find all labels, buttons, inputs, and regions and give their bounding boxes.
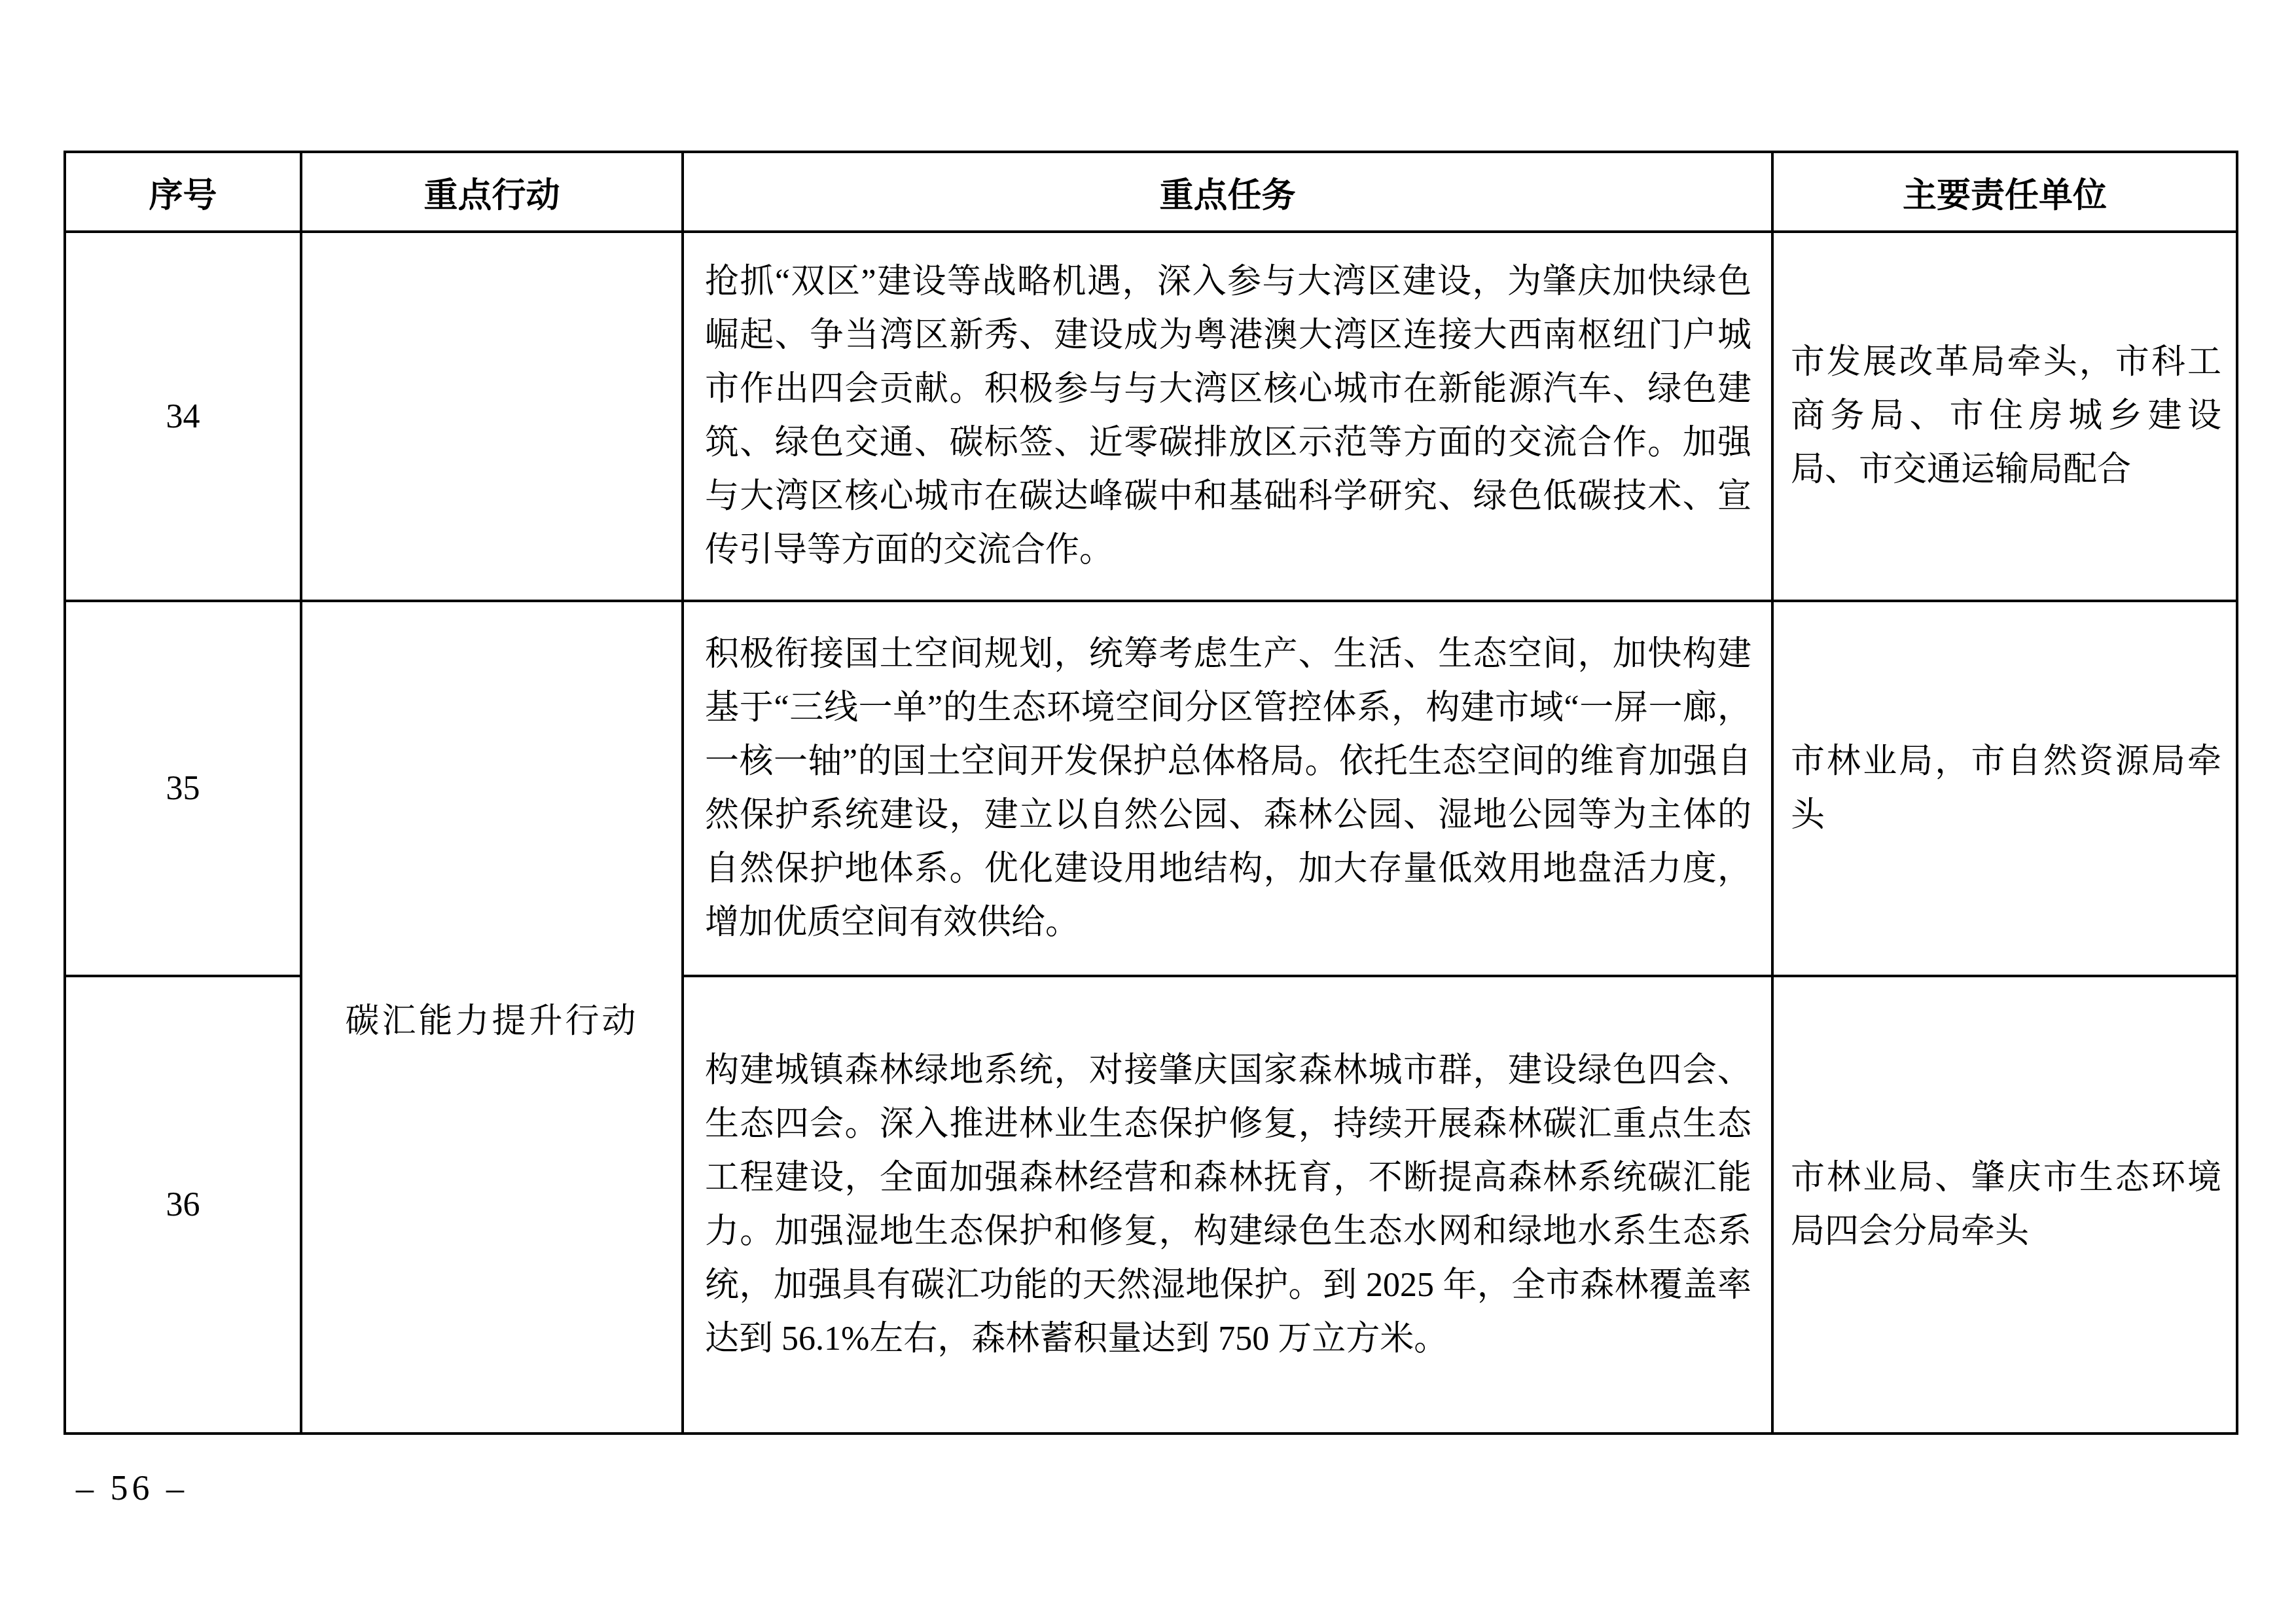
responsible-unit-cell: 市发展改革局牵头，市科工商务局、市住房城乡建设局、市交通运输局配合 (1772, 232, 2237, 601)
table-row: 34 抢抓“双区”建设等战略机遇，深入参与大湾区建设，为肇庆加快绿色崛起、争当湾… (65, 232, 2237, 601)
key-action-cell: 碳汇能力提升行动 (301, 601, 683, 1434)
key-action-cell (301, 232, 683, 601)
column-header-unit: 主要责任单位 (1772, 152, 2237, 232)
key-task-cell: 抢抓“双区”建设等战略机遇，深入参与大湾区建设，为肇庆加快绿色崛起、争当湾区新秀… (683, 232, 1772, 601)
column-header-action: 重点行动 (301, 152, 683, 232)
serial-number-cell: 35 (65, 601, 301, 976)
column-header-serial: 序号 (65, 152, 301, 232)
key-task-cell: 构建城镇森林绿地系统，对接肇庆国家森林城市群，建设绿色四会、生态四会。深入推进林… (683, 976, 1772, 1434)
key-task-cell: 积极衔接国土空间规划，统筹考虑生产、生活、生态空间，加快构建基于“三线一单”的生… (683, 601, 1772, 976)
table-header-row: 序号 重点行动 重点任务 主要责任单位 (65, 152, 2237, 232)
column-header-task: 重点任务 (683, 152, 1772, 232)
responsible-unit-cell: 市林业局、肇庆市生态环境局四会分局牵头 (1772, 976, 2237, 1434)
document-page: 序号 重点行动 重点任务 主要责任单位 34 抢抓“双区”建设等战略机遇，深入参… (0, 0, 2296, 1624)
serial-number-cell: 34 (65, 232, 301, 601)
table-row: 35 碳汇能力提升行动 积极衔接国土空间规划，统筹考虑生产、生活、生态空间，加快… (65, 601, 2237, 976)
page-number: – 56 – (76, 1468, 188, 1508)
serial-number-cell: 36 (65, 976, 301, 1434)
responsible-unit-cell: 市林业局，市自然资源局牵头 (1772, 601, 2237, 976)
key-actions-table: 序号 重点行动 重点任务 主要责任单位 34 抢抓“双区”建设等战略机遇，深入参… (63, 151, 2238, 1435)
